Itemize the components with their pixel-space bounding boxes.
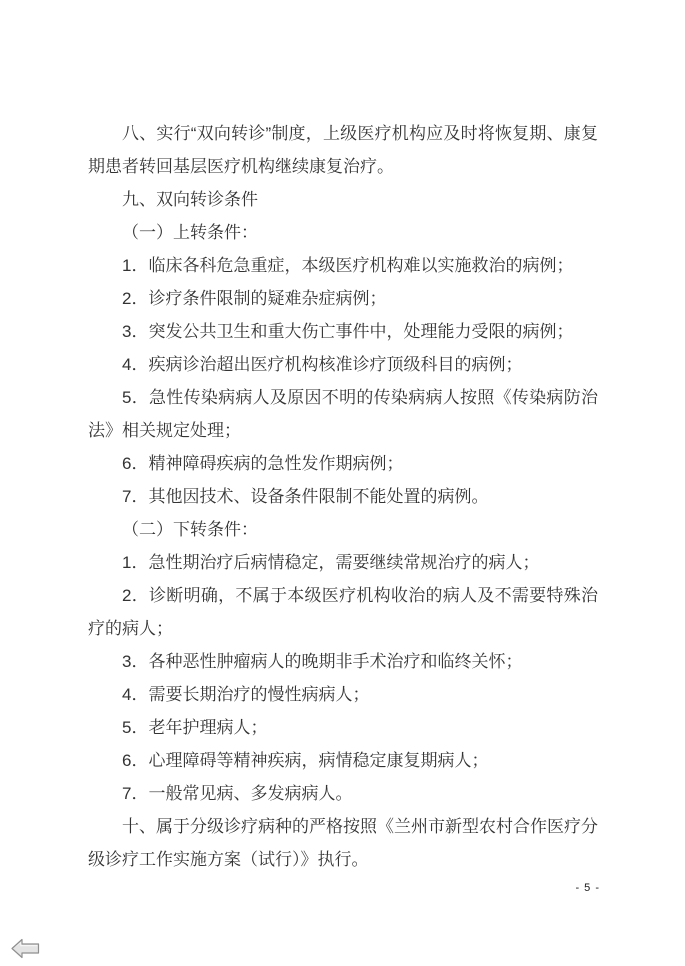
paragraph: （二）下转条件： <box>88 513 598 546</box>
paragraph: 7．其他因技术、设备条件限制不能处置的病例。 <box>88 480 598 513</box>
paragraph: 3．突发公共卫生和重大伤亡事件中，处理能力受限的病例； <box>88 315 598 348</box>
document-body: 八、实行“双向转诊”制度，上级医疗机构应及时将恢复期、康复期患者转回基层医疗机构… <box>88 117 598 876</box>
page-number: - 5 - <box>88 881 600 896</box>
paragraph: 八、实行“双向转诊”制度，上级医疗机构应及时将恢复期、康复期患者转回基层医疗机构… <box>88 117 598 183</box>
paragraph: 十、属于分级诊疗病种的严格按照《兰州市新型农村合作医疗分级诊疗工作实施方案（试行… <box>88 810 598 876</box>
document-page: 八、实行“双向转诊”制度，上级医疗机构应及时将恢复期、康复期患者转回基层医疗机构… <box>0 0 685 966</box>
paragraph: 1．急性期治疗后病情稳定，需要继续常规治疗的病人； <box>88 546 598 579</box>
paragraph: 7．一般常见病、多发病病人。 <box>88 777 598 810</box>
back-arrow-icon[interactable] <box>10 938 41 959</box>
paragraph: 九、双向转诊条件 <box>88 183 598 216</box>
paragraph: 4．疾病诊治超出医疗机构核准诊疗顶级科目的病例； <box>88 348 598 381</box>
paragraph: （一）上转条件： <box>88 216 598 249</box>
paragraph: 5．急性传染病病人及原因不明的传染病病人按照《传染病防治法》相关规定处理； <box>88 381 598 447</box>
paragraph: 6．心理障碍等精神疾病，病情稳定康复期病人； <box>88 744 598 777</box>
paragraph: 5．老年护理病人； <box>88 711 598 744</box>
paragraph: 2．诊疗条件限制的疑难杂症病例； <box>88 282 598 315</box>
paragraph: 2．诊断明确，不属于本级医疗机构收治的病人及不需要特殊治疗的病人； <box>88 579 598 645</box>
paragraph: 4．需要长期治疗的慢性病病人； <box>88 678 598 711</box>
paragraph: 3．各种恶性肿瘤病人的晚期非手术治疗和临终关怀； <box>88 645 598 678</box>
paragraph: 1．临床各科危急重症，本级医疗机构难以实施救治的病例； <box>88 249 598 282</box>
paragraph: 6．精神障碍疾病的急性发作期病例； <box>88 447 598 480</box>
